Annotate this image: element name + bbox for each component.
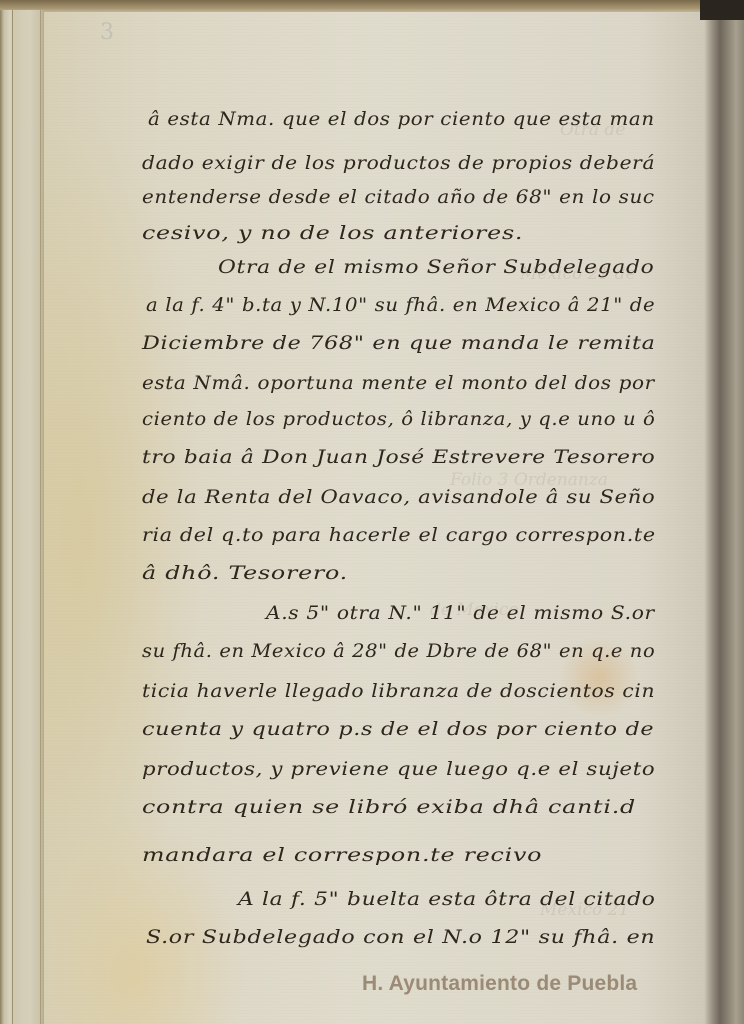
manuscript-line: contra quien se libró exiba dhâ canti.d xyxy=(142,796,636,818)
manuscript-line: â esta Nma. que el dos por ciento que es… xyxy=(148,108,655,130)
manuscript-line-paragraph-start: Otra de el mismo Señor Subdelegado xyxy=(218,256,654,278)
manuscript-line: entenderse desde el citado año de 68" en… xyxy=(142,186,655,208)
manuscript-line: esta Nmâ. oportuna mente el monto del do… xyxy=(142,372,655,394)
manuscript-line: su fhâ. en Mexico â 28" de Dbre de 68" e… xyxy=(142,640,655,662)
manuscript-line: mandara el correspon.te recivo xyxy=(142,844,542,866)
manuscript-line: cesivo, y no de los anteriores. xyxy=(142,222,523,244)
manuscript-line: ria del q.to para hacerle el cargo corre… xyxy=(142,524,656,546)
manuscript-line: dado exigir de los productos de propios … xyxy=(142,152,655,174)
manuscript-line: a la f. 4" b.ta y N.10" su fhâ. en Mexic… xyxy=(146,294,655,316)
manuscript-line: de la Renta del Oavaco, avisandole â su … xyxy=(142,486,655,508)
archive-watermark: H. Ayuntamiento de Puebla xyxy=(362,972,637,996)
manuscript-text-block: â esta Nma. que el dos por ciento que es… xyxy=(0,0,744,1024)
manuscript-line: Diciembre de 768" en que manda le remita xyxy=(142,332,656,354)
manuscript-line: S.or Subdelegado con el N.o 12" su fhâ. … xyxy=(146,926,655,948)
manuscript-line: tro baia â Don Juan José Estrevere Tesor… xyxy=(142,446,655,468)
manuscript-line-paragraph-start: A la f. 5" buelta esta ôtra del citado xyxy=(238,888,656,910)
manuscript-line-paragraph-start: A.s 5" otra N." 11" de el mismo S.or xyxy=(266,602,655,624)
manuscript-line: ciento de los productos, ô libranza, y q… xyxy=(142,408,655,430)
manuscript-line: cuenta y quatro p.s de el dos por ciento… xyxy=(142,718,654,740)
manuscript-line: ticia haverle llegado libranza de doscie… xyxy=(142,680,655,702)
manuscript-line: â dhô. Tesorero. xyxy=(142,562,348,584)
manuscript-scan: 3 Otra de Mexico 21 de Folio 3 Ordenanza… xyxy=(0,0,744,1024)
manuscript-line: productos, y previene que luego q.e el s… xyxy=(142,758,655,780)
